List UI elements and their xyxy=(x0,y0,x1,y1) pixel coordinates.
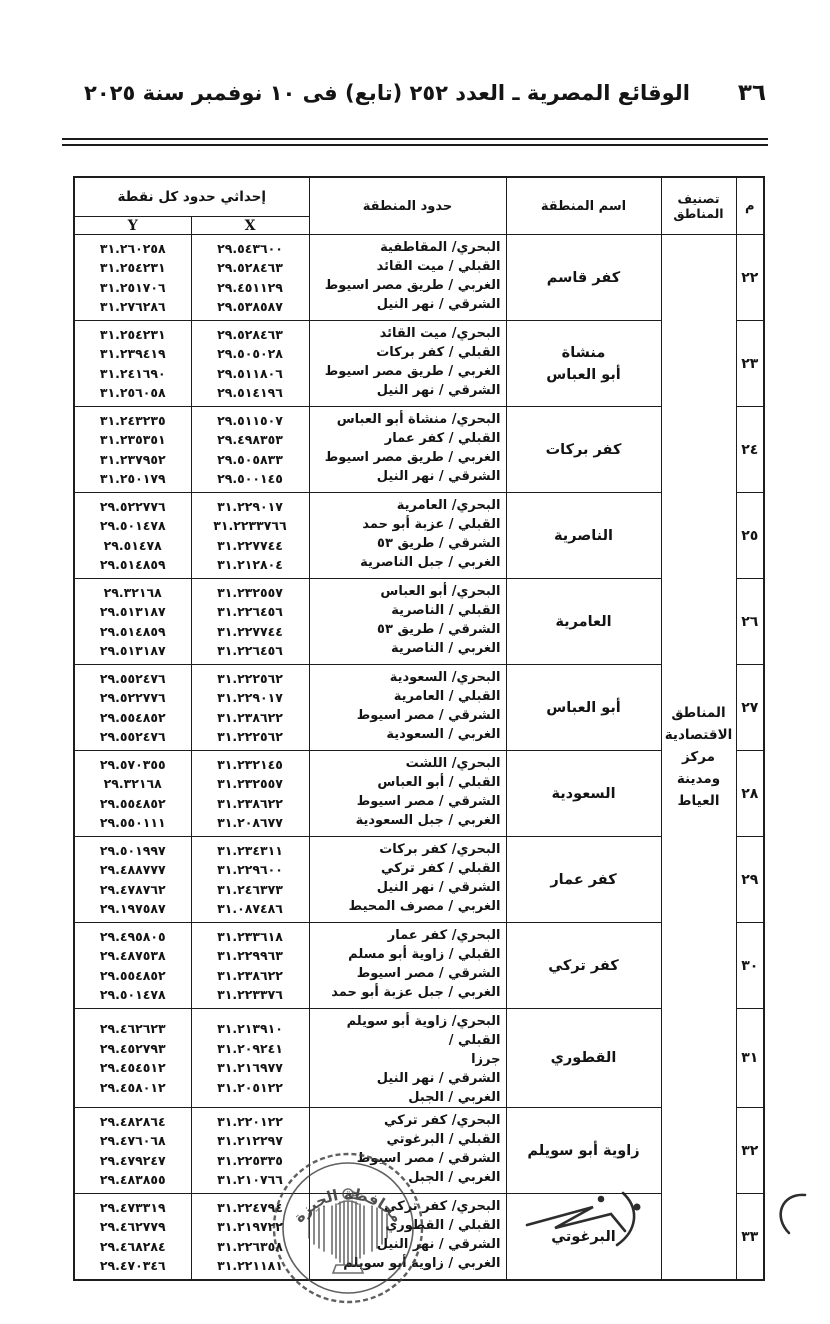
y-coordinate: ٢٩.٥٥٠١١١ xyxy=(75,813,191,833)
y-coordinate: ٢٩.٥٥٢٤٧٦ xyxy=(75,669,191,689)
header-bounds: حدود المنطقة xyxy=(309,177,506,235)
y-coordinate: ٢٩.٤٨٢٨٦٤ xyxy=(75,1112,191,1132)
y-coordinate: ٢٩.٤٩٥٨٠٥ xyxy=(75,927,191,947)
y-coordinate: ٣١.٢٥١٧٠٦ xyxy=(75,278,191,298)
bound-line: البحري/ كفر تركي xyxy=(312,1111,501,1130)
bound-line: الشرقي / نهر النيل xyxy=(312,381,501,400)
x-coordinate: ٣١.٢٣٢٥٥٧ xyxy=(192,774,309,794)
y-coordinate: ٣١.٢٣٥٣٥١ xyxy=(75,430,191,450)
x-coords-cell: ٣١.٢٣٢٥٥٧٣١.٢٢٦٤٥٦٣١.٢٢٧٧٤٤٣١.٢٢٦٤٥٦ xyxy=(191,579,309,665)
area-bounds-cell: البحري/ المقاطفيةالقبلي / ميت القائدالغر… xyxy=(309,235,506,321)
area-bounds-cell: البحري/ زاوية أبو سويلم القبلي /جرزاالشر… xyxy=(309,1009,506,1108)
y-coordinate: ٢٩.٥٠١٤٧٨ xyxy=(75,516,191,536)
x-coordinate: ٢٩.٥٠٠١٤٥ xyxy=(192,469,309,489)
header-divider xyxy=(62,138,768,146)
x-coordinate: ٣١.٢٢٩٠١٧ xyxy=(192,497,309,517)
header-y: Y xyxy=(74,217,191,235)
bound-line: الغربي / طريق مصر اسيوط xyxy=(312,362,501,381)
y-coordinate: ٢٩.٥١٣١٨٧ xyxy=(75,602,191,622)
row-serial: ٣٢ xyxy=(736,1108,764,1194)
signature-dot xyxy=(599,1197,603,1201)
y-coordinate: ٢٩.٥٥٢٤٧٦ xyxy=(75,727,191,747)
bound-line: البحري/ المقاطفية xyxy=(312,238,501,257)
x-coordinate: ٣١.٢٢٦٤٥٦ xyxy=(192,641,309,661)
row-serial: ٢٢ xyxy=(736,235,764,321)
bound-line: القبلي / الناصرية xyxy=(312,601,501,620)
x-coordinate: ٣١.٢٢٩٠١٧ xyxy=(192,688,309,708)
bound-line: البحري/ السعودية xyxy=(312,668,501,687)
x-coords-cell: ٣١.٢٢٩٠١٧٣١.٢٢٣٣٧٦٦٣١.٢٢٧٧٤٤٣١.٢١٢٨٠٤ xyxy=(191,493,309,579)
bound-line: الشرقي / مصر اسيوط xyxy=(312,964,501,983)
x-coordinate: ٣١.٢٣٨٦٢٢ xyxy=(192,966,309,986)
x-coordinate: ٣١.٢٣٢٥٥٧ xyxy=(192,583,309,603)
y-coordinate: ٢٩.٤٨٧٥٣٨ xyxy=(75,946,191,966)
area-bounds-cell: البحري/ أبو العباسالقبلي / الناصريةالشرق… xyxy=(309,579,506,665)
area-name-cell: كفر تركي xyxy=(506,923,661,1009)
x-coords-cell: ٣١.٢٣٣٦١٨٣١.٢٢٩٩٦٣٣١.٢٣٨٦٢٢٣١.٢٢٣٣٧٦ xyxy=(191,923,309,1009)
y-coordinate: ٢٩.٥١٤٨٥٩ xyxy=(75,555,191,575)
y-coords-cell: ٣١.٢٦٠٢٥٨٣١.٢٥٤٢٣١٣١.٢٥١٧٠٦٣١.٢٧٦٢٨٦ xyxy=(74,235,191,321)
table-row: ٢٥الناصريةالبحري/ العامريةالقبلي / عزبة … xyxy=(74,493,764,579)
x-coordinate: ٢٩.٤٥١١٢٩ xyxy=(192,278,309,298)
y-coordinate: ٢٩.٤٧٨٧٦٢ xyxy=(75,880,191,900)
x-coordinate: ٢٩.٥١١٥٠٧ xyxy=(192,411,309,431)
bound-line: الغربي / جبل الناصرية xyxy=(312,553,501,572)
header-serial: م xyxy=(736,177,764,235)
x-coordinate: ٢٩.٥٢٨٤٦٣ xyxy=(192,258,309,278)
y-coordinate: ٢٩.٤٨٨٧٧٧ xyxy=(75,860,191,880)
y-coords-cell: ٢٩.٤٧٣٣١٩٢٩.٤٦٢٧٧٩٢٩.٤٦٨٢٨٤٢٩.٤٧٠٣٤٦ xyxy=(74,1194,191,1281)
y-coordinate: ٣١.٢٥٦٠٥٨ xyxy=(75,383,191,403)
y-coordinate: ٢٩.٤٧٦٠٦٨ xyxy=(75,1131,191,1151)
y-coordinate: ٢٩.٥١٤٧٨ xyxy=(75,536,191,556)
bound-line: الغربي / جبل عزبة أبو حمد xyxy=(312,983,501,1002)
x-coordinate: ٣١.٢٢٦٤٥٦ xyxy=(192,602,309,622)
row-serial: ٢٧ xyxy=(736,665,764,751)
x-coords-cell: ٣١.٢٣٢١٤٥٣١.٢٣٢٥٥٧٣١.٢٣٨٦٢٢٣١.٢٠٨٦٧٧ xyxy=(191,751,309,837)
y-coords-cell: ٢٩.٥٢٢٧٧٦٢٩.٥٠١٤٧٨٢٩.٥١٤٧٨٢٩.٥١٤٨٥٩ xyxy=(74,493,191,579)
area-name-cell: أبو العباس xyxy=(506,665,661,751)
bound-line: القبلي / زاوية أبو مسلم xyxy=(312,945,501,964)
area-bounds-cell: البحري/ منشاة أبو العباسالقبلي / كفر عما… xyxy=(309,407,506,493)
y-coordinate: ٢٩.٥١٤٨٥٩ xyxy=(75,622,191,642)
x-coordinate: ٣١.٢٣٨٦٢٢ xyxy=(192,708,309,728)
table-row: ٢٤كفر بركاتالبحري/ منشاة أبو العباسالقبل… xyxy=(74,407,764,493)
page-title: الوقائع المصرية ـ العدد ٢٥٢ (تابع) فى ١٠… xyxy=(62,81,712,105)
x-coordinate: ٣١.٢٢٧٧٤٤ xyxy=(192,622,309,642)
bound-line: البحري/ زاوية أبو سويلم القبلي / xyxy=(312,1012,501,1050)
area-bounds-cell: البحري/ كفر عمارالقبلي / زاوية أبو مسلما… xyxy=(309,923,506,1009)
table-row: ٢٧أبو العباسالبحري/ السعوديةالقبلي / الع… xyxy=(74,665,764,751)
x-coordinate: ٣١.٢٢٢٥٦٢ xyxy=(192,669,309,689)
y-coordinate: ٢٩.٥٥٤٨٥٢ xyxy=(75,708,191,728)
area-bounds-cell: البحري/ اللشتالقبلي / أبو العباسالشرقي /… xyxy=(309,751,506,837)
row-serial: ٢٤ xyxy=(736,407,764,493)
bound-line: الشرقي / مصر اسيوط xyxy=(312,706,501,725)
page-number: ٣٦ xyxy=(738,80,766,106)
areas-table: م تصنيف المناطق اسم المنطقة حدود المنطقة… xyxy=(73,176,765,1281)
y-coordinate: ٢٩.٥٢٢٧٧٦ xyxy=(75,688,191,708)
table-body: ٢٢المناطق الاقتصادية مركز ومدينة العياطك… xyxy=(74,235,764,1281)
bound-line: الشرقي / نهر النيل xyxy=(312,878,501,897)
x-coordinate: ٣١.٢٢٧٧٤٤ xyxy=(192,536,309,556)
row-serial: ٢٨ xyxy=(736,751,764,837)
bound-line: الشرقي / نهر النيل xyxy=(312,467,501,486)
area-name-cell: الناصرية xyxy=(506,493,661,579)
y-coordinate: ٣١.٢٥٤٢٣١ xyxy=(75,258,191,278)
y-coordinate: ٢٩.٤٧٩٢٤٧ xyxy=(75,1151,191,1171)
y-coordinate: ٢٩.٥٧٠٣٥٥ xyxy=(75,755,191,775)
x-coordinate: ٣١.٢١٣٩١٠ xyxy=(192,1019,309,1039)
area-name-cell: منشاة أبو العباس xyxy=(506,321,661,407)
y-coordinate: ٢٩.٥١٣١٨٧ xyxy=(75,641,191,661)
y-coordinate: ٢٩.٤٧٠٣٤٦ xyxy=(75,1256,191,1276)
row-serial: ٢٣ xyxy=(736,321,764,407)
bound-line: الغربي / جبل السعودية xyxy=(312,811,501,830)
x-coordinate: ٣١.٢٣٨٦٢٢ xyxy=(192,794,309,814)
x-coordinate: ٣١.٢٢٩٦٠٠ xyxy=(192,860,309,880)
area-name-cell: السعودية xyxy=(506,751,661,837)
table-row: ٢٣منشاة أبو العباسالبحري/ ميت القائدالقب… xyxy=(74,321,764,407)
x-coordinate: ٢٩.٤٩٨٣٥٣ xyxy=(192,430,309,450)
bound-line: الشرقي / طريق ٥٣ xyxy=(312,534,501,553)
bound-line: الغربي / مصرف المحيط xyxy=(312,897,501,916)
giza-governorate-stamp: محافظة الجيزة xyxy=(268,1146,428,1314)
row-serial: ٢٩ xyxy=(736,837,764,923)
y-coords-cell: ٢٩.٤٦٢٦٢٣٢٩.٤٥٢٧٩٣٢٩.٤٥٤٥١٢٢٩.٤٥٨٠١٢ xyxy=(74,1009,191,1108)
signature-dot xyxy=(635,1205,639,1209)
x-coords-cell: ٣١.٢١٣٩١٠٣١.٢٠٩٢٤١٣١.٢١٦٩٧٧٣١.٢٠٥١٢٢ xyxy=(191,1009,309,1108)
row-serial: ٣٠ xyxy=(736,923,764,1009)
area-bounds-cell: البحري/ كفر بركاتالقبلي / كفر تركيالشرقي… xyxy=(309,837,506,923)
table-row: ٢٩كفر عمارالبحري/ كفر بركاتالقبلي / كفر … xyxy=(74,837,764,923)
row-serial: ٣١ xyxy=(736,1009,764,1108)
y-coordinate: ٣١.٢٦٠٢٥٨ xyxy=(75,239,191,259)
bound-line: الشرقي / نهر النيل xyxy=(312,295,501,314)
signature-curve xyxy=(781,1195,805,1233)
bound-line: القبلي / العامرية xyxy=(312,687,501,706)
y-coordinate: ٣١.٢٣٩٤١٩ xyxy=(75,344,191,364)
y-coords-cell: ٢٩.٥٠١٩٩٧٢٩.٤٨٨٧٧٧٢٩.٤٧٨٧٦٢٢٩.١٩٧٥٨٧ xyxy=(74,837,191,923)
classification-cell: المناطق الاقتصادية مركز ومدينة العياط xyxy=(661,235,736,1281)
x-coordinate: ٣١.٢١٢٨٠٤ xyxy=(192,555,309,575)
y-coordinate: ٣١.٢٥٤٢٣١ xyxy=(75,325,191,345)
y-coords-cell: ٢٩.٤٨٢٨٦٤٢٩.٤٧٦٠٦٨٢٩.٤٧٩٢٤٧٢٩.٤٨٣٨٥٥ xyxy=(74,1108,191,1194)
x-coords-cell: ٢٩.٥٤٣٦٠٠٢٩.٥٢٨٤٦٣٢٩.٤٥١١٢٩٢٩.٥٣٨٥٨٧ xyxy=(191,235,309,321)
area-name-cell: القطوري xyxy=(506,1009,661,1108)
header-coordinates: إحداثي حدود كل نقطة xyxy=(74,177,309,217)
table-row: ٣١القطوريالبحري/ زاوية أبو سويلم القبلي … xyxy=(74,1009,764,1108)
x-coordinate: ٣١.٢٢٢٥٦٢ xyxy=(192,727,309,747)
table-row: ٢٨السعوديةالبحري/ اللشتالقبلي / أبو العب… xyxy=(74,751,764,837)
signature-paren xyxy=(617,1193,634,1245)
area-name-cell: زاوية أبو سويلم xyxy=(506,1108,661,1194)
bound-line: البحري/ ميت القائد xyxy=(312,324,501,343)
x-coordinate: ٣١.٢٠٨٦٧٧ xyxy=(192,813,309,833)
area-name-cell: كفر قاسم xyxy=(506,235,661,321)
bound-line: البحري/ أبو العباس xyxy=(312,582,501,601)
row-serial: ٢٥ xyxy=(736,493,764,579)
x-coordinate: ٢٩.٥١١٨٠٦ xyxy=(192,364,309,384)
row-serial: ٢٦ xyxy=(736,579,764,665)
x-coordinate: ٣١.٠٨٧٤٨٦ xyxy=(192,899,309,919)
bound-line: الشرقي / طريق ٥٣ xyxy=(312,620,501,639)
x-coordinate: ٢٩.٥١٤١٩٦ xyxy=(192,383,309,403)
x-coords-cell: ٢٩.٥٢٨٤٦٣٢٩.٥٠٥٠٢٨٢٩.٥١١٨٠٦٢٩.٥١٤١٩٦ xyxy=(191,321,309,407)
y-coordinate: ٢٩.٤٥٨٠١٢ xyxy=(75,1078,191,1098)
bound-line: الغربي / الناصرية xyxy=(312,639,501,658)
x-coords-cell: ٢٩.٥١١٥٠٧٢٩.٤٩٨٣٥٣٢٩.٥٠٥٨٣٣٢٩.٥٠٠١٤٥ xyxy=(191,407,309,493)
y-coordinate: ٢٩.١٩٧٥٨٧ xyxy=(75,899,191,919)
y-coordinate: ٢٩.٣٢١٦٨ xyxy=(75,774,191,794)
signature-scribble xyxy=(505,1185,825,1255)
bound-line: الغربي / السعودية xyxy=(312,725,501,744)
area-name-cell: كفر عمار xyxy=(506,837,661,923)
x-coordinate: ٢٩.٥٢٨٤٦٣ xyxy=(192,325,309,345)
x-coordinate: ٣١.٢٢٣٣٧٦٦ xyxy=(192,516,309,536)
x-coordinate: ٣١.٢٢٩٩٦٣ xyxy=(192,946,309,966)
y-coordinate: ٢٩.٤٧٣٣١٩ xyxy=(75,1198,191,1218)
bound-line: الغربي / الجبل xyxy=(312,1088,501,1107)
bound-line: القبلي / أبو العباس xyxy=(312,773,501,792)
y-coords-cell: ٢٩.٣٢١٦٨٢٩.٥١٣١٨٧٢٩.٥١٤٨٥٩٢٩.٥١٣١٨٧ xyxy=(74,579,191,665)
bound-line: الشرقي / نهر النيل xyxy=(312,1069,501,1088)
area-bounds-cell: البحري/ العامريةالقبلي / عزبة أبو حمدالش… xyxy=(309,493,506,579)
y-coordinate: ٢٩.٤٦٢٦٢٣ xyxy=(75,1019,191,1039)
header-x: X xyxy=(191,217,309,235)
table-row: ٣٠كفر تركيالبحري/ كفر عمارالقبلي / زاوية… xyxy=(74,923,764,1009)
x-coords-cell: ٣١.٢٢٢٥٦٢٣١.٢٢٩٠١٧٣١.٢٣٨٦٢٢٣١.٢٢٢٥٦٢ xyxy=(191,665,309,751)
y-coordinate: ٢٩.٤٨٣٨٥٥ xyxy=(75,1170,191,1190)
x-coordinate: ٣١.٢٢٣٣٧٦ xyxy=(192,985,309,1005)
y-coords-cell: ٢٩.٥٧٠٣٥٥٢٩.٣٢١٦٨٢٩.٥٥٤٨٥٢٢٩.٥٥٠١١١ xyxy=(74,751,191,837)
x-coordinate: ٣١.٢٠٥١٢٢ xyxy=(192,1078,309,1098)
y-coordinate: ٢٩.٥٠١٤٧٨ xyxy=(75,985,191,1005)
bound-line: البحري/ كفر بركات xyxy=(312,840,501,859)
bound-line: القبلي / كفر عمار xyxy=(312,429,501,448)
table-row: ٢٦العامريةالبحري/ أبو العباسالقبلي / الن… xyxy=(74,579,764,665)
bound-line: الغربي / طريق مصر اسيوط xyxy=(312,276,501,295)
y-coordinate: ٢٩.٤٥٢٧٩٣ xyxy=(75,1039,191,1059)
y-coordinate: ٣١.٢٤١٦٩٠ xyxy=(75,364,191,384)
header-classification: تصنيف المناطق xyxy=(661,177,736,235)
y-coordinate: ٢٩.٤٦٢٧٧٩ xyxy=(75,1217,191,1237)
x-coordinate: ٣١.٢٣٢١٤٥ xyxy=(192,755,309,775)
y-coordinate: ٣١.٢٧٦٢٨٦ xyxy=(75,297,191,317)
y-coordinate: ٢٩.٥٥٤٨٥٢ xyxy=(75,794,191,814)
bound-line: جرزا xyxy=(312,1050,501,1069)
bound-line: البحري/ اللشت xyxy=(312,754,501,773)
area-name-cell: العامرية xyxy=(506,579,661,665)
y-coordinate: ٢٩.٤٦٨٢٨٤ xyxy=(75,1237,191,1257)
area-bounds-cell: البحري/ ميت القائدالقبلي / كفر بركاتالغر… xyxy=(309,321,506,407)
y-coordinate: ٣١.٢٣٧٩٥٢ xyxy=(75,450,191,470)
signature-zigzag xyxy=(527,1207,625,1231)
x-coordinate: ٢٩.٥٠٥٨٣٣ xyxy=(192,450,309,470)
bound-line: البحري/ منشاة أبو العباس xyxy=(312,410,501,429)
y-coords-cell: ٣١.٢٥٤٢٣١٣١.٢٣٩٤١٩٣١.٢٤١٦٩٠٣١.٢٥٦٠٥٨ xyxy=(74,321,191,407)
y-coords-cell: ٢٩.٤٩٥٨٠٥٢٩.٤٨٧٥٣٨٢٩.٥٥٤٨٥٢٢٩.٥٠١٤٧٨ xyxy=(74,923,191,1009)
y-coordinate: ٢٩.٥٠١٩٩٧ xyxy=(75,841,191,861)
header-area-name: اسم المنطقة xyxy=(506,177,661,235)
bound-line: القبلي / عزبة أبو حمد xyxy=(312,515,501,534)
x-coords-cell: ٣١.٢٣٤٣١١٣١.٢٢٩٦٠٠٣١.٢٤٦٣٧٣٣١.٠٨٧٤٨٦ xyxy=(191,837,309,923)
x-coordinate: ٢٩.٥٤٣٦٠٠ xyxy=(192,239,309,259)
bound-line: القبلي / كفر بركات xyxy=(312,343,501,362)
x-coordinate: ٣١.٢١٦٩٧٧ xyxy=(192,1058,309,1078)
x-coordinate: ٣١.٢٠٩٢٤١ xyxy=(192,1039,309,1059)
bound-line: الغربي / طريق مصر اسيوط xyxy=(312,448,501,467)
x-coordinate: ٢٩.٥٠٥٠٢٨ xyxy=(192,344,309,364)
y-coords-cell: ٢٩.٥٥٢٤٧٦٢٩.٥٢٢٧٧٦٢٩.٥٥٤٨٥٢٢٩.٥٥٢٤٧٦ xyxy=(74,665,191,751)
page-header: ٣٦ الوقائع المصرية ـ العدد ٢٥٢ (تابع) فى… xyxy=(62,80,766,106)
x-coordinate: ٣١.٢٣٤٣١١ xyxy=(192,841,309,861)
table-row: ٢٢المناطق الاقتصادية مركز ومدينة العياطك… xyxy=(74,235,764,321)
x-coordinate: ٣١.٢٤٦٣٧٣ xyxy=(192,880,309,900)
table-header: م تصنيف المناطق اسم المنطقة حدود المنطقة… xyxy=(74,177,764,235)
y-coordinate: ٣١.٢٤٣٢٣٥ xyxy=(75,411,191,431)
x-coordinate: ٣١.٢٣٣٦١٨ xyxy=(192,927,309,947)
bound-line: الشرقي / مصر اسيوط xyxy=(312,792,501,811)
y-coordinate: ٢٩.٥٢٢٧٧٦ xyxy=(75,497,191,517)
gazette-page: ٣٦ الوقائع المصرية ـ العدد ٢٥٢ (تابع) فى… xyxy=(0,0,830,1324)
bound-line: القبلي / كفر تركي xyxy=(312,859,501,878)
y-coords-cell: ٣١.٢٤٣٢٣٥٣١.٢٣٥٣٥١٣١.٢٣٧٩٥٢٣١.٢٥٠١٧٩ xyxy=(74,407,191,493)
bound-line: القبلي / ميت القائد xyxy=(312,257,501,276)
bound-line: البحري/ كفر عمار xyxy=(312,926,501,945)
y-coordinate: ٢٩.٤٥٤٥١٢ xyxy=(75,1058,191,1078)
x-coordinate: ٣١.٢٢٠١٢٢ xyxy=(192,1112,309,1132)
x-coordinate: ٢٩.٥٣٨٥٨٧ xyxy=(192,297,309,317)
area-name-cell: كفر بركات xyxy=(506,407,661,493)
y-coordinate: ٢٩.٣٢١٦٨ xyxy=(75,583,191,603)
y-coordinate: ٢٩.٥٥٤٨٥٢ xyxy=(75,966,191,986)
y-coordinate: ٣١.٢٥٠١٧٩ xyxy=(75,469,191,489)
bound-line: البحري/ العامرية xyxy=(312,496,501,515)
area-bounds-cell: البحري/ السعوديةالقبلي / العامريةالشرقي … xyxy=(309,665,506,751)
